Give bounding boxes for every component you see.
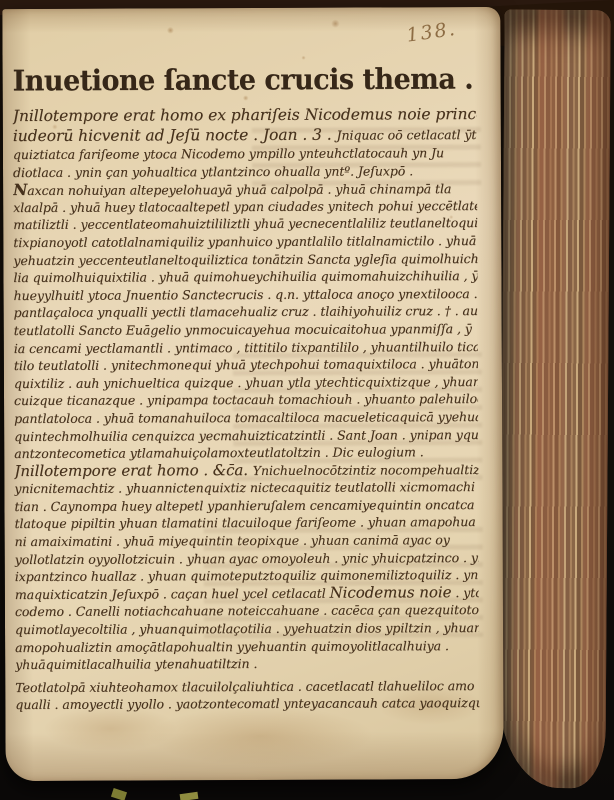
text-line: qualli . amoyectli yyollo . yaotzontecom… <box>15 694 479 714</box>
text-line: cuizque ticanazque . ynipampa toctacauh … <box>14 390 478 410</box>
text-line: diotlaca . ynin çan yohualtica ytlantzin… <box>13 162 477 182</box>
text-line: iudeorū hicvenit ad Jeſū nocte . Joan . … <box>13 124 477 146</box>
text-line: quiztiatca fariſeome ytoca Nicodemo ympi… <box>13 144 477 164</box>
text-line: lia quimolhuiquixtilia . yhuā quimohueyc… <box>13 267 477 287</box>
text-line: Naxcan nohuiyan altepeyelohuayā yhuā cal… <box>13 179 477 199</box>
text-line: pantlatoloca . yhuā tomanahuiloca tomaca… <box>14 408 478 428</box>
text-line: ynicnitemachtiz . yhuannictenquixtiz nic… <box>14 478 478 498</box>
manuscript-page: 138. Inuetione ſancte crucis thema . Jni… <box>2 7 503 781</box>
text-line: quixtiliz . auh ynichueltica quizque . y… <box>14 373 478 393</box>
text-line: tlatoque pipiltin yhuan tlamatini tlacui… <box>15 513 479 533</box>
text-line: tilo teutlatolli . ynitechmonequi yhuā y… <box>14 355 478 375</box>
text-line: tian . Caynompa huey altepetl ypanhieruſ… <box>14 496 478 516</box>
manuscript-text: Inuetione ſancte crucis thema . Jnillote… <box>13 63 480 775</box>
text-line: tixpianoyotl catotlalnamiquiliz ypanhuic… <box>13 232 477 252</box>
text-line: yollotlatzin oyyollotzicuin . yhuan ayac… <box>15 549 479 569</box>
text-line: hueyylhuitl ytoca Jnuentio Sanctecrucis … <box>14 285 478 305</box>
bookmark-ribbon <box>180 792 199 800</box>
photo: 138. Inuetione ſancte crucis thema . Jni… <box>0 0 614 800</box>
text-line: Jnillotempore erat homo ex phariſeis Nic… <box>13 104 477 126</box>
fore-edge-tint <box>499 10 610 789</box>
text-line: Teotlatolpā xiuhteohamox tlacuilolçaliuh… <box>15 677 479 697</box>
manuscript-lines: Jnillotempore erat homo ex phariſeis Nic… <box>13 104 480 714</box>
text-line: yehuatzin yeccenteutlaneltoquiliztica to… <box>13 250 477 270</box>
text-line: codemo . Canelli notiachcahuane noteicca… <box>15 601 479 621</box>
text-line: quintechmolhuilia cenquizca yecmahuiztic… <box>14 426 478 446</box>
text-line: yhuāquimitlacalhuilia ytenahuatiltzin . <box>15 654 479 674</box>
text-line: Jnillotempore erat homo . &c̄a. Ynichuel… <box>14 461 478 481</box>
text-line: teutlatolli Sancto Euāgelio ynmocuicayeh… <box>14 320 478 340</box>
text-line: quimotlayecoltilia , yhuanquimotlaçotili… <box>15 619 479 639</box>
text-line: maquixticatzin Jeſuxpō . caçan huel ycel… <box>15 584 479 604</box>
text-line: amopohualiztin amoçātlapohualtin yyehuan… <box>15 637 479 657</box>
folio-number: 138. <box>405 18 458 47</box>
book-fore-edge <box>499 10 610 789</box>
text-line: matiliztli . yeccentlateomahuiztililiztl… <box>13 214 477 234</box>
text-line: xlaalpā . yhuā huey tlatocaaltepetl ypan… <box>13 197 477 217</box>
page-heading: Inuetione ſancte crucis thema . <box>13 63 477 98</box>
text-line: ia cencami yectlamantli . yntimaco , tit… <box>14 338 478 358</box>
bookmark-ribbon <box>111 788 127 800</box>
text-line: pantlaçaloca ynqualli yectli tlamacehual… <box>14 302 478 322</box>
text-line: ni amaiximatini . yhuā miyequintin teopi… <box>15 531 479 551</box>
